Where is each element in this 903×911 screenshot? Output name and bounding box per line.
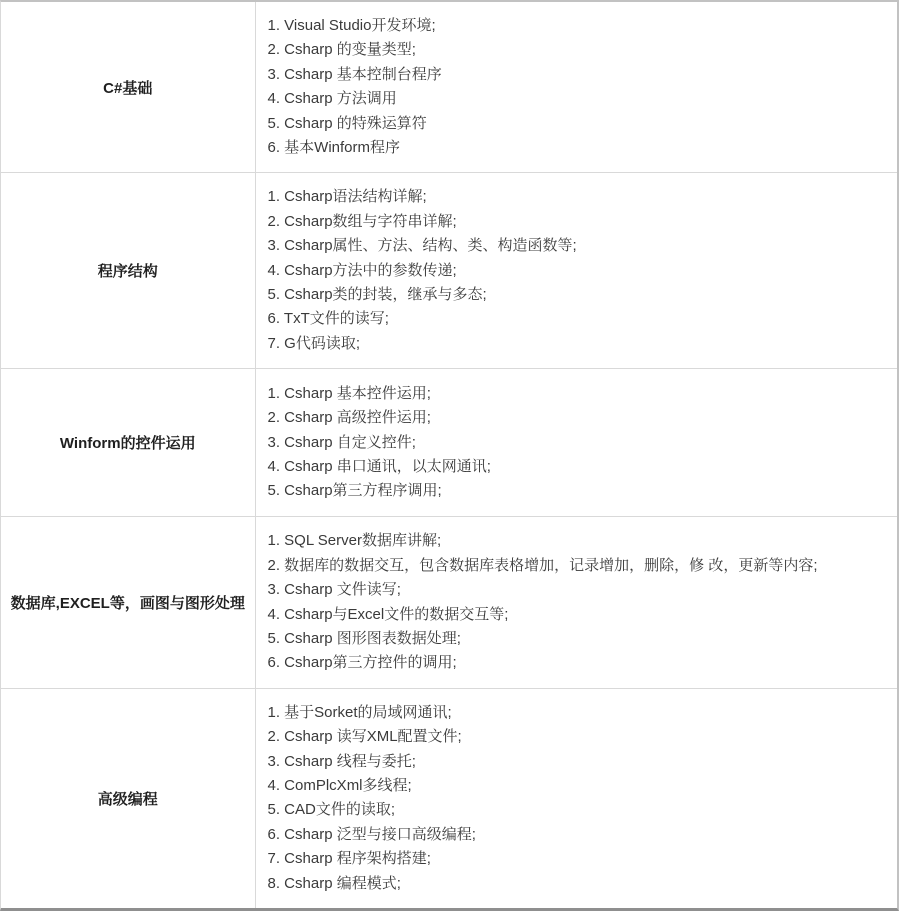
course-item: 4. Csharp方法中的参数传递; [268, 259, 890, 283]
course-item: 4. Csharp与Excel文件的数据交互等; [268, 603, 890, 627]
course-item: 1. Visual Studio开发环境; [268, 14, 890, 38]
course-item: 2. 数据库的数据交互，包含数据库表格增加，记录增加，删除，修 改，更新等内容; [268, 554, 890, 578]
course-item: 1. 基于Sorket的局域网通讯; [268, 701, 890, 725]
course-item: 5. Csharp类的封装，继承与多态; [268, 283, 890, 307]
items-cell: 1. Csharp语法结构详解;2. Csharp数组与字符串详解;3. Csh… [255, 173, 897, 369]
items-cell: 1. Visual Studio开发环境;2. Csharp 的变量类型;3. … [255, 2, 897, 173]
table-row: 高级编程1. 基于Sorket的局域网通讯;2. Csharp 读写XML配置文… [1, 688, 897, 908]
course-item: 8. Csharp 编程模式; [268, 872, 890, 896]
course-item: 6. Csharp 泛型与接口高级编程; [268, 823, 890, 847]
table-row: Winform的控件运用1. Csharp 基本控件运用;2. Csharp 高… [1, 369, 897, 517]
course-item: 3. Csharp 文件读写; [268, 578, 890, 602]
course-item: 4. ComPlcXml多线程; [268, 774, 890, 798]
course-item: 3. Csharp属性、方法、结构、类、构造函数等; [268, 234, 890, 258]
course-item: 5. Csharp第三方程序调用; [268, 479, 890, 503]
table-row: C#基础1. Visual Studio开发环境;2. Csharp 的变量类型… [1, 2, 897, 173]
course-item: 6. Csharp第三方控件的调用; [268, 651, 890, 675]
course-item: 5. CAD文件的读取; [268, 798, 890, 822]
category-cell: 程序结构 [1, 173, 255, 369]
course-item: 2. Csharp 读写XML配置文件; [268, 725, 890, 749]
course-table-body: C#基础1. Visual Studio开发环境;2. Csharp 的变量类型… [1, 2, 897, 908]
category-cell: C#基础 [1, 2, 255, 173]
category-cell: 数据库,EXCEL等，画图与图形处理 [1, 517, 255, 688]
course-table: C#基础1. Visual Studio开发环境;2. Csharp 的变量类型… [1, 2, 897, 908]
course-item: 2. Csharp数组与字符串详解; [268, 210, 890, 234]
course-outline-table: C#基础1. Visual Studio开发环境;2. Csharp 的变量类型… [0, 0, 899, 911]
course-item: 3. Csharp 线程与委托; [268, 750, 890, 774]
course-item: 1. SQL Server数据库讲解; [268, 529, 890, 553]
course-item: 7. G代码读取; [268, 332, 890, 356]
category-cell: 高级编程 [1, 688, 255, 908]
items-cell: 1. 基于Sorket的局域网通讯;2. Csharp 读写XML配置文件;3.… [255, 688, 897, 908]
course-item: 2. Csharp 的变量类型; [268, 38, 890, 62]
course-item: 3. Csharp 自定义控件; [268, 431, 890, 455]
table-row: 数据库,EXCEL等，画图与图形处理1. SQL Server数据库讲解;2. … [1, 517, 897, 688]
course-item: 1. Csharp语法结构详解; [268, 185, 890, 209]
items-cell: 1. SQL Server数据库讲解;2. 数据库的数据交互，包含数据库表格增加… [255, 517, 897, 688]
category-cell: Winform的控件运用 [1, 369, 255, 517]
course-item: 2. Csharp 高级控件运用; [268, 406, 890, 430]
course-item: 5. Csharp 的特殊运算符 [268, 112, 890, 136]
document-page: C#基础1. Visual Studio开发环境;2. Csharp 的变量类型… [0, 0, 903, 909]
course-item: 4. Csharp 串口通讯，以太网通讯; [268, 455, 890, 479]
course-item: 6. 基本Winform程序 [268, 136, 890, 160]
course-item: 3. Csharp 基本控制台程序 [268, 63, 890, 87]
items-cell: 1. Csharp 基本控件运用;2. Csharp 高级控件运用;3. Csh… [255, 369, 897, 517]
course-item: 7. Csharp 程序架构搭建; [268, 847, 890, 871]
course-item: 5. Csharp 图形图表数据处理; [268, 627, 890, 651]
course-item: 6. TxT文件的读写; [268, 307, 890, 331]
table-row: 程序结构1. Csharp语法结构详解;2. Csharp数组与字符串详解;3.… [1, 173, 897, 369]
course-item: 1. Csharp 基本控件运用; [268, 382, 890, 406]
course-item: 4. Csharp 方法调用 [268, 87, 890, 111]
